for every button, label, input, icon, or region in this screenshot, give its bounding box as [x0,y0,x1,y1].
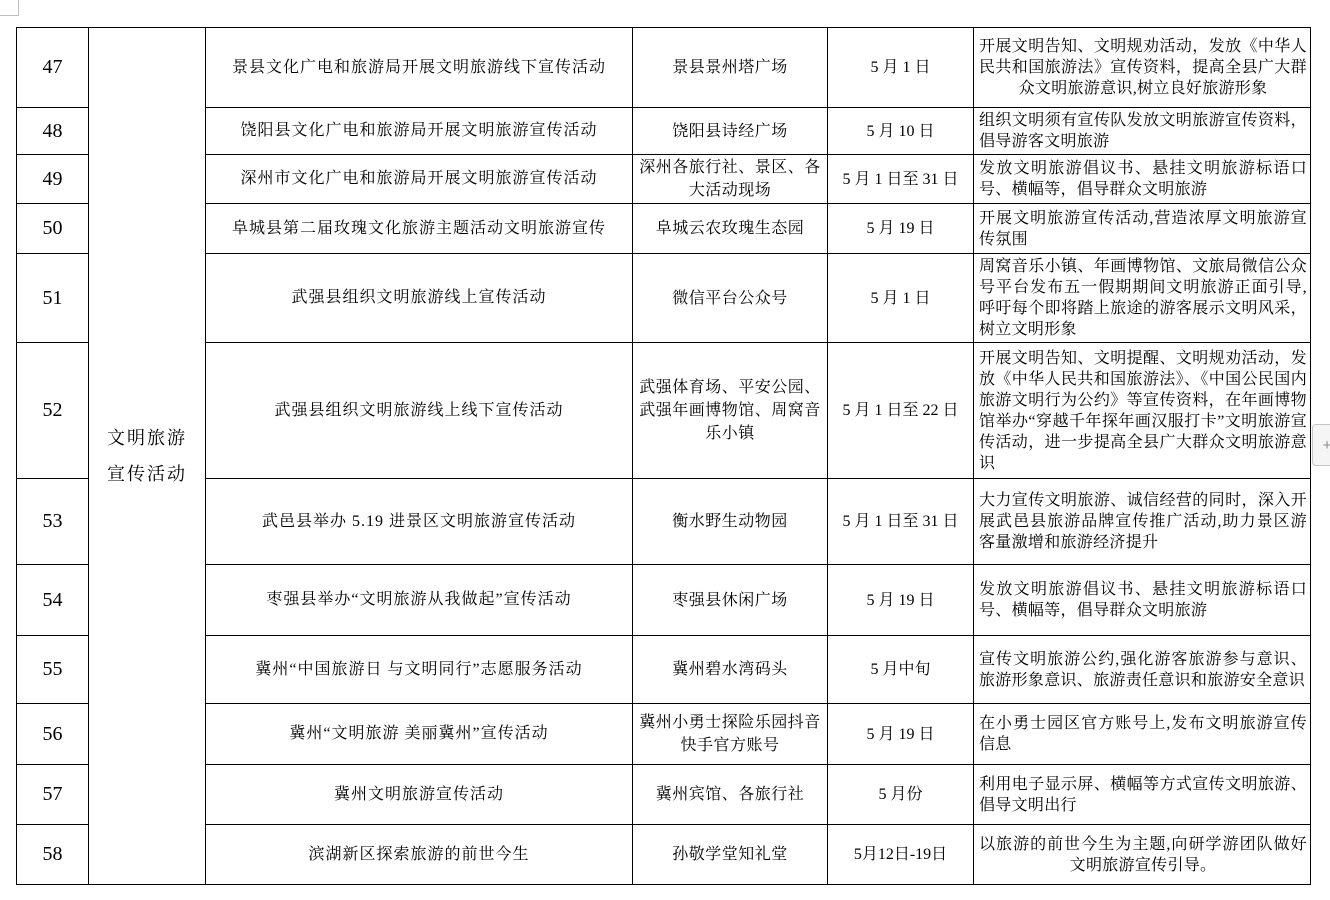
date-cell: 5月12日-19日 [828,825,974,885]
row-number: 47 [17,28,89,108]
row-number: 49 [17,155,89,204]
description-cell: 开展文明旅游宣传活动,营造浓厚文明旅游宣传氛围 [974,204,1311,254]
row-number: 50 [17,204,89,254]
table-row: 55 冀州“中国旅游日 与文明同行”志愿服务活动 冀州碧水湾码头 5 月中旬 宣… [17,636,1311,704]
row-number: 48 [17,108,89,155]
location-cell: 枣强县休闲广场 [633,565,828,636]
row-number: 57 [17,765,89,825]
date-cell: 5 月 19 日 [828,204,974,254]
activity-cell: 冀州“中国旅游日 与文明同行”志愿服务活动 [206,636,633,704]
activity-cell: 冀州文明旅游宣传活动 [206,765,633,825]
row-number: 58 [17,825,89,885]
description-cell: 组织文明须有宣传队发放文明旅游宣传资料，倡导游客文明旅游 [974,108,1311,155]
date-cell: 5 月 19 日 [828,704,974,765]
table-row: 52 武强县组织文明旅游线上线下宣传活动 武强体育场、平安公园、武强年画博物馆、… [17,343,1311,479]
category-line: 文明旅游 [90,420,204,456]
row-number: 52 [17,343,89,479]
location-cell: 冀州小勇士探险乐园抖音快手官方账号 [633,704,828,765]
table-row: 48 饶阳县文化广电和旅游局开展文明旅游宣传活动 饶阳县诗经广场 5 月 10 … [17,108,1311,155]
description-cell: 发放文明旅游倡议书、悬挂文明旅游标语口号、横幅等，倡导群众文明旅游 [974,565,1311,636]
description-cell: 利用电子显示屏、横幅等方式宣传文明旅游、倡导文明出行 [974,765,1311,825]
date-cell: 5 月中旬 [828,636,974,704]
activity-cell: 武邑县举办 5.19 进景区文明旅游宣传活动 [206,479,633,565]
activity-cell: 枣强县举办“文明旅游从我做起”宣传活动 [206,565,633,636]
activity-cell: 景县文化广电和旅游局开展文明旅游线下宣传活动 [206,28,633,108]
location-cell: 孙敬学堂知礼堂 [633,825,828,885]
date-cell: 5 月份 [828,765,974,825]
table-row: 56 冀州“文明旅游 美丽冀州”宣传活动 冀州小勇士探险乐园抖音快手官方账号 5… [17,704,1311,765]
date-cell: 5 月 1 日 [828,28,974,108]
description-cell: 宣传文明旅游公约,强化游客旅游参与意识、旅游形象意识、旅游责任意识和旅游安全意识 [974,636,1311,704]
row-number: 53 [17,479,89,565]
location-cell: 冀州碧水湾码头 [633,636,828,704]
row-number: 54 [17,565,89,636]
location-cell: 衡水野生动物园 [633,479,828,565]
row-number: 56 [17,704,89,765]
date-cell: 5 月 10 日 [828,108,974,155]
date-cell: 5 月 1 日至 31 日 [828,479,974,565]
activity-cell: 阜城县第二届玫瑰文化旅游主题活动文明旅游宣传 [206,204,633,254]
table-row: 54 枣强县举办“文明旅游从我做起”宣传活动 枣强县休闲广场 5 月 19 日 … [17,565,1311,636]
description-cell: 周窝音乐小镇、年画博物馆、文旅局微信公众号平台发布五一假期期间文明旅游正面引导,… [974,254,1311,343]
date-cell: 5 月 19 日 [828,565,974,636]
insert-row-button[interactable]: + [1312,424,1330,466]
table-row: 50 阜城县第二届玫瑰文化旅游主题活动文明旅游宣传 阜城云农玫瑰生态园 5 月 … [17,204,1311,254]
location-cell: 阜城云农玫瑰生态园 [633,204,828,254]
location-cell: 深州各旅行社、景区、各大活动现场 [633,155,828,204]
activities-table: 47 文明旅游 宣传活动 景县文化广电和旅游局开展文明旅游线下宣传活动 景县景州… [16,27,1311,885]
editor-corner-fragment [0,0,19,16]
category-cell: 文明旅游 宣传活动 [89,28,206,885]
table-row: 58 滨湖新区探索旅游的前世今生 孙敬学堂知礼堂 5月12日-19日 以旅游的前… [17,825,1311,885]
activity-cell: 武强县组织文明旅游线上线下宣传活动 [206,343,633,479]
location-cell: 景县景州塔广场 [633,28,828,108]
document-page: { "category": { "lines": ["文明旅游", "宣传活动"… [0,0,1330,900]
description-cell: 大力宣传文明旅游、诚信经营的同时，深入开展武邑县旅游品牌宣传推广活动,助力景区游… [974,479,1311,565]
location-cell: 武强体育场、平安公园、武强年画博物馆、周窝音乐小镇 [633,343,828,479]
activity-cell: 武强县组织文明旅游线上宣传活动 [206,254,633,343]
table-row: 51 武强县组织文明旅游线上宣传活动 微信平台公众号 5 月 1 日 周窝音乐小… [17,254,1311,343]
table-row: 47 文明旅游 宣传活动 景县文化广电和旅游局开展文明旅游线下宣传活动 景县景州… [17,28,1311,108]
activity-cell: 滨湖新区探索旅游的前世今生 [206,825,633,885]
activity-cell: 深州市文化广电和旅游局开展文明旅游宣传活动 [206,155,633,204]
location-cell: 微信平台公众号 [633,254,828,343]
description-cell: 在小勇士园区官方账号上,发布文明旅游宣传信息 [974,704,1311,765]
table-row: 57 冀州文明旅游宣传活动 冀州宾馆、各旅行社 5 月份 利用电子显示屏、横幅等… [17,765,1311,825]
location-cell: 饶阳县诗经广场 [633,108,828,155]
date-cell: 5 月 1 日至 31 日 [828,155,974,204]
description-cell: 开展文明告知、文明提醒、文明规劝活动，发放《中华人民共和国旅游法》、《中国公民国… [974,343,1311,479]
table-row: 49 深州市文化广电和旅游局开展文明旅游宣传活动 深州各旅行社、景区、各大活动现… [17,155,1311,204]
date-cell: 5 月 1 日至 22 日 [828,343,974,479]
row-number: 55 [17,636,89,704]
description-cell: 以旅游的前世今生为主题,向研学游团队做好文明旅游宣传引导。 [974,825,1311,885]
category-line: 宣传活动 [90,456,204,492]
location-cell: 冀州宾馆、各旅行社 [633,765,828,825]
date-cell: 5 月 1 日 [828,254,974,343]
table-row: 53 武邑县举办 5.19 进景区文明旅游宣传活动 衡水野生动物园 5 月 1 … [17,479,1311,565]
description-cell: 开展文明告知、文明规劝活动，发放《中华人民共和国旅游法》宣传资料，提高全县广大群… [974,28,1311,108]
row-number: 51 [17,254,89,343]
activity-cell: 冀州“文明旅游 美丽冀州”宣传活动 [206,704,633,765]
activity-cell: 饶阳县文化广电和旅游局开展文明旅游宣传活动 [206,108,633,155]
description-cell: 发放文明旅游倡议书、悬挂文明旅游标语口号、横幅等，倡导群众文明旅游 [974,155,1311,204]
